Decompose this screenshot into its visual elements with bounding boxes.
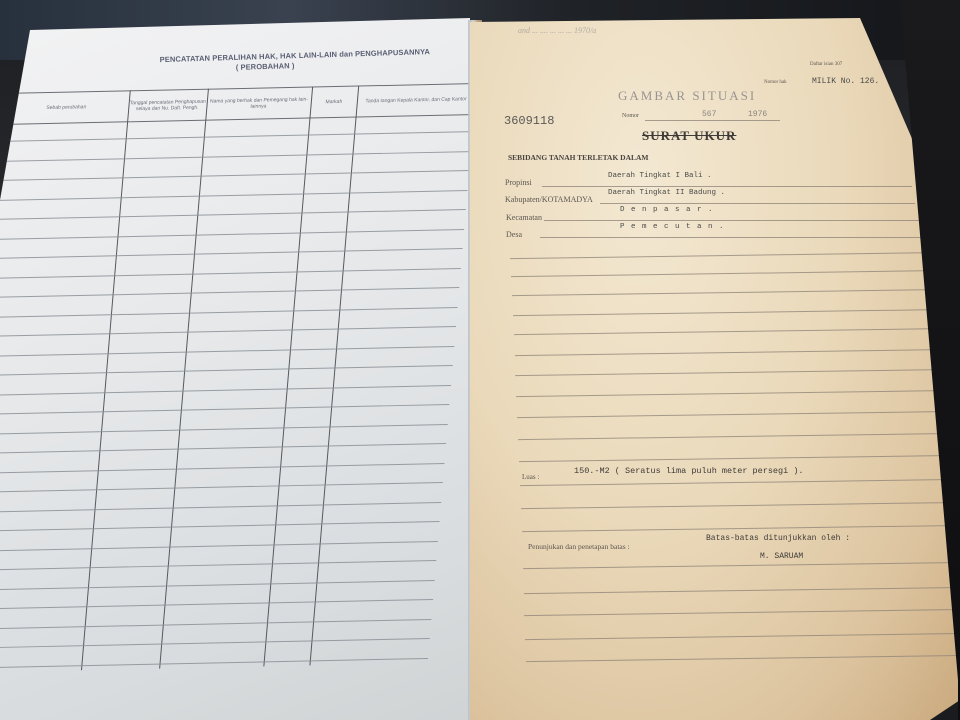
surat-ukur-heading: SURAT UKUR	[642, 128, 736, 144]
field-line	[600, 203, 915, 204]
nomor-value: 567	[702, 110, 716, 119]
table-row-line	[0, 209, 466, 220]
gambar-situasi-stamp: GAMBAR SITUASI	[618, 88, 756, 104]
table-row-line	[0, 560, 436, 571]
col-header-tanda-tangan: Tanda tangan Kepala Kantor, dan Cap Kant…	[356, 84, 477, 116]
nomor-hak-value: MILIK No. 126.	[812, 77, 879, 86]
table-header: Sebab perubahan Tanggal pencatatan Pengh…	[3, 83, 477, 125]
field-line	[540, 237, 930, 238]
table-row-line	[0, 482, 443, 493]
desa-label: Desa	[506, 230, 522, 239]
col-header-markah: Markah	[310, 87, 359, 118]
desa-value: P e m e c u t a n .	[620, 223, 725, 231]
propinsi-label: Propinsi	[505, 178, 532, 187]
field-line	[542, 186, 912, 187]
penunjuk-name: M. SARUAM	[760, 552, 803, 561]
table-row-line	[0, 287, 459, 298]
table-row-line	[0, 385, 451, 396]
table-row-line	[0, 424, 448, 435]
kabupaten-label: Kabupaten/KOTAMADYA	[505, 195, 593, 204]
table-row-line	[0, 170, 469, 181]
table-row-line	[0, 151, 471, 162]
table-row-line	[0, 404, 449, 415]
table-row-line	[0, 268, 461, 279]
table-row-line	[0, 365, 453, 376]
nomor-underline	[645, 120, 780, 121]
luas-label: Luas :	[522, 473, 539, 481]
table-row-line	[0, 190, 468, 201]
table-row-line	[0, 229, 464, 240]
table-row-line	[0, 657, 428, 668]
table-row-line	[0, 346, 454, 357]
registration-number: 3609118	[504, 114, 554, 128]
table-row-line	[0, 638, 430, 649]
nomor-label: Nomor	[622, 113, 639, 119]
penunjukan-value: Batas-batas ditunjukkan oleh :	[706, 534, 850, 543]
table-row-line	[0, 248, 463, 259]
table-row-line	[1, 131, 472, 142]
kecamatan-value: D e n p a s a r .	[620, 206, 714, 214]
kecamatan-label: Kecamatan	[506, 213, 542, 222]
penunjukan-label: Penunjukan dan penetapan batas :	[528, 542, 630, 551]
nomor-hak-label: Nomor hak	[764, 80, 787, 85]
left-page: PENCATATAN PERALIHAN HAK, HAK LAIN-LAIN …	[0, 0, 500, 720]
table-row-line	[0, 618, 431, 629]
table-row-line	[0, 599, 433, 610]
table-row-line	[0, 501, 441, 512]
table-row-line	[0, 579, 435, 590]
sebidang-heading: SEBIDANG TANAH TERLETAK DALAM	[508, 153, 649, 162]
propinsi-value: Daerah Tingkat I Bali .	[608, 172, 712, 180]
table-row-line	[0, 462, 445, 473]
luas-value: 150.-M2 ( Seratus lima puluh meter perse…	[574, 466, 804, 476]
kabupaten-value: Daerah Tingkat II Badung .	[608, 189, 725, 197]
col-header-sebab: Sebab perubahan	[3, 91, 130, 124]
nomor-year: 1976	[748, 110, 767, 119]
handwritten-note: and ... .... ... ... ... 1970/a	[518, 26, 596, 35]
record-table: Sebab perubahan Tanggal pencatatan Pengh…	[0, 83, 476, 673]
table-row-line	[0, 521, 440, 532]
left-page-title: PENCATATAN PERALIHAN HAK, HAK LAIN-LAIN …	[60, 46, 470, 77]
table-row-line	[0, 540, 438, 551]
field-line	[544, 220, 924, 221]
right-page: and ... .... ... ... ... 1970/a Daftar i…	[470, 0, 960, 720]
table-row-line	[0, 443, 446, 454]
daftar-isian: Daftar isian 307	[810, 62, 842, 67]
col-header-tanggal: Tanggal pencatatan Penghapusan selaya da…	[127, 90, 208, 122]
table-row-line	[0, 326, 456, 337]
table-row-line	[0, 307, 458, 318]
col-header-nama: Nama yang berhak dan Pemegang hak lain-l…	[205, 88, 312, 120]
